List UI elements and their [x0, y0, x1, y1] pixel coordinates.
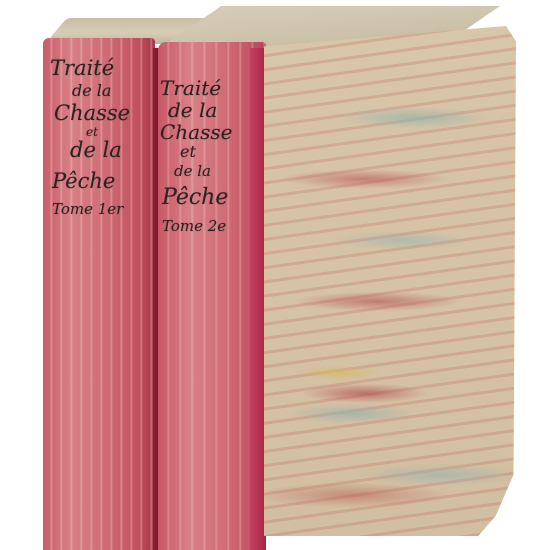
spine-line: Traité: [160, 78, 232, 98]
spine-line: de la: [168, 100, 232, 120]
spine-line: Traité: [50, 58, 130, 79]
spine-line: et: [180, 144, 232, 160]
spine-line: Chasse: [160, 122, 232, 142]
volume-2-marbled-cover: [264, 26, 516, 536]
spine-line: de la: [72, 83, 130, 99]
spine-line: de la: [70, 140, 130, 161]
spine-line: Pêche: [52, 171, 130, 192]
spine-line: Tome 2e: [162, 219, 232, 234]
spine-line: Pêche: [162, 187, 232, 209]
volume-1-spine-label: Traité de la Chasse et de la Pêche Tome …: [50, 58, 130, 217]
spine-line: de la: [174, 164, 232, 179]
spine-line: Chasse: [54, 103, 130, 124]
photo-scene: Traité de la Chasse et de la Pêche Tome …: [0, 0, 550, 550]
spine-line: Tome 1er: [52, 202, 130, 217]
volume-2-hinge: [250, 48, 266, 550]
volume-2-spine-label: Traité de la Chasse et de la Pêche Tome …: [160, 78, 232, 234]
spine-line: et: [86, 126, 130, 138]
